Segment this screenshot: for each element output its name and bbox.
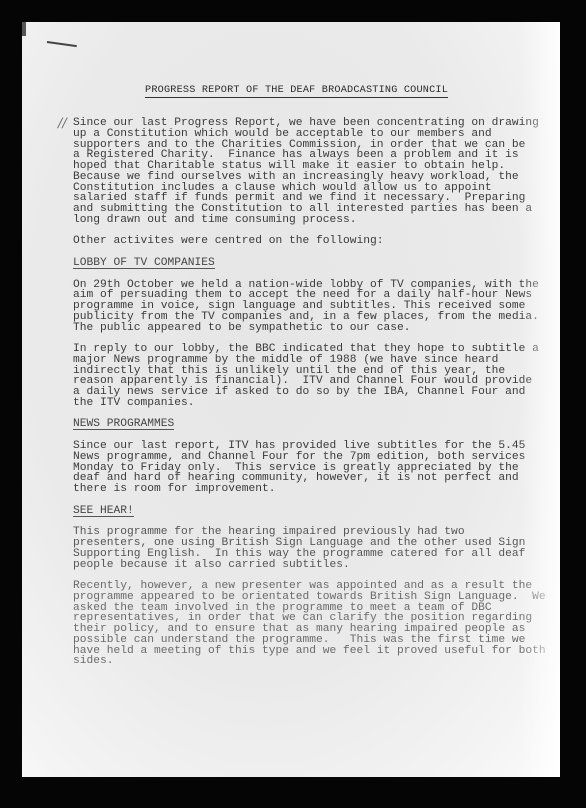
section-heading-see-hear: SEE HEAR! [73,506,134,517]
document-page: PROGRESS REPORT OF THE DEAF BROADCASTING… [22,22,560,777]
other-activities-line: Other activites were centred on the foll… [73,236,543,247]
intro-paragraph: Since our last Progress Report, we have … [73,118,543,226]
see-hear-paragraph-1: This programme for the hearing impaired … [73,527,543,570]
pen-mark [47,41,77,47]
lobby-paragraph-1: On 29th October we held a nation-wide lo… [73,280,543,334]
document-title: PROGRESS REPORT OF THE DEAF BROADCASTING… [145,85,448,98]
news-paragraph-1: Since our last report, ITV has provided … [73,441,543,495]
scan-smudge [22,22,26,36]
section-heading-lobby: LOBBY OF TV COMPANIES [73,258,215,269]
see-hear-paragraph-2: Recently, however, a new presenter was a… [73,581,543,667]
document-body: Since our last Progress Report, we have … [73,118,543,678]
margin-annotation: // [58,116,67,131]
section-heading-news: NEWS PROGRAMMES [73,419,174,430]
lobby-paragraph-2: In reply to our lobby, the BBC indicated… [73,344,543,409]
